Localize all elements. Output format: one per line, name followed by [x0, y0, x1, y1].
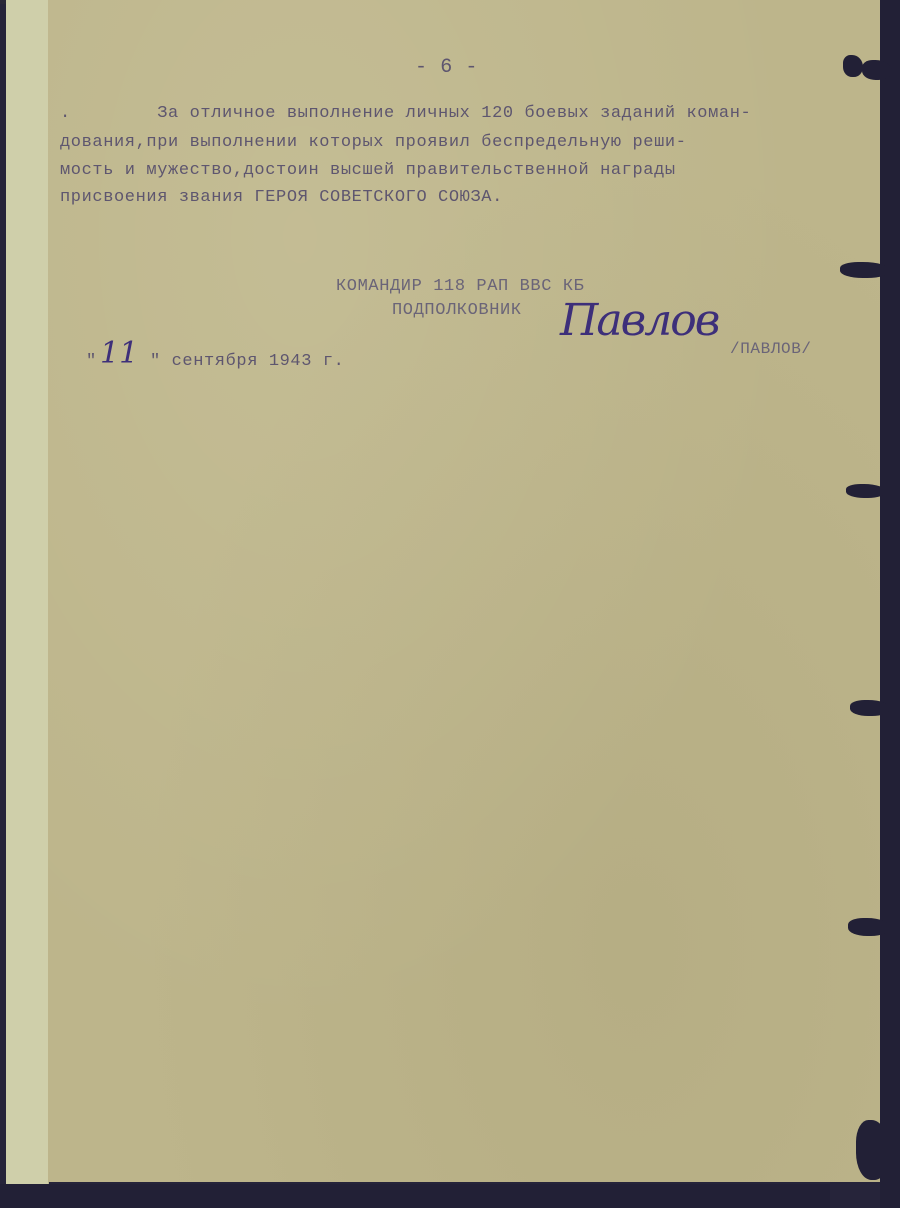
page-number: - 6 -	[415, 56, 478, 79]
commander-rank: ПОДПОЛКОВНИК	[392, 301, 522, 320]
torn-notch	[862, 60, 892, 80]
body-line-2: дования,при выполнении которых проявил б…	[60, 133, 687, 152]
commander-title: КОМАНДИР 118 РАП ВВС КБ	[336, 277, 584, 296]
torn-right-edge	[880, 0, 900, 1208]
torn-hole	[843, 55, 863, 77]
torn-notch	[848, 918, 890, 936]
date-open-quote: "	[86, 352, 97, 371]
body-line-4: присвоения звания ГЕРОЯ СОВЕТСКОГО СОЮЗА…	[60, 188, 503, 207]
scan-bottom-edge	[0, 1184, 830, 1208]
torn-notch	[840, 262, 890, 278]
commander-name: /ПАВЛОВ/	[730, 340, 812, 358]
torn-notch	[846, 484, 886, 498]
handwritten-signature: Павлов	[560, 295, 718, 346]
date-month-year: " сентября 1943 г.	[150, 352, 344, 371]
torn-notch	[850, 700, 890, 716]
body-line-1: . За отличное выполнение личных 120 боев…	[60, 104, 751, 123]
binding-strip	[6, 0, 49, 1190]
body-line-3: мость и мужество,достоин высшей правител…	[60, 161, 676, 180]
date-day-handwritten: 11	[100, 336, 138, 371]
